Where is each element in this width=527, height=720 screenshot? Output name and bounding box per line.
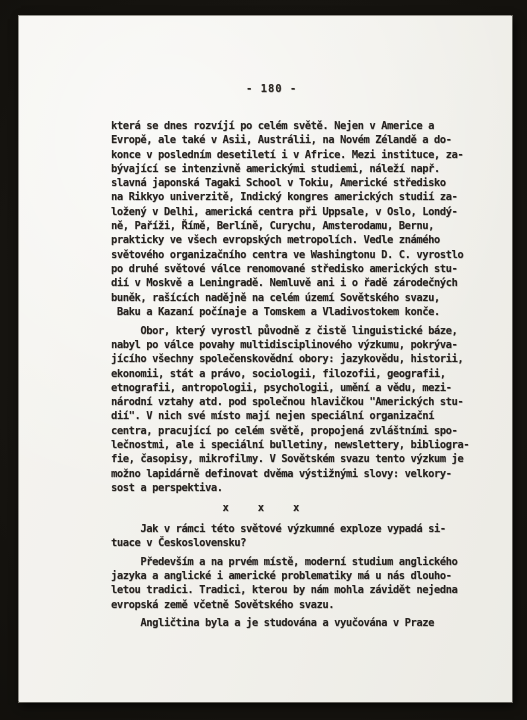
text-line: která se dnes rozvíjí po celém světě. Ne…	[111, 119, 483, 133]
section-divider: x x x	[111, 501, 483, 515]
paragraph: Obor, který vyrostl původně z čistě ling…	[111, 324, 483, 496]
text-line: Evropě, ale také v Asii, Austrálii, na N…	[111, 133, 483, 147]
paragraph: Angličtina byla a je studována a vyučová…	[111, 616, 483, 630]
text-line: Baku a Kazaní počínaje a Tomskem a Vladi…	[111, 305, 483, 319]
text-line: Angličtina byla a je studována a vyučová…	[111, 616, 483, 630]
text-line: buněk, rašících nadějně na celém území S…	[111, 291, 483, 305]
scan-background: { "page": { "number": "- 180 -", "blocks…	[0, 0, 527, 720]
text-line: evropská země včetně Sovětského svazu.	[111, 598, 483, 612]
text-line: na Rikkyo univerzitě, Indický kongres am…	[111, 190, 483, 204]
text-line: dií". V nich své místo mají nejen speciá…	[111, 409, 483, 423]
text-line: prakticky ve všech evropských metropolíc…	[111, 233, 483, 247]
text-line: fie, časopisy, mikrofilmy. V Sovětském s…	[111, 452, 483, 466]
text-line: národní vztahy atd. pod společnou hlavič…	[111, 395, 483, 409]
text-line: světového organizačního centra ve Washin…	[111, 248, 483, 262]
paragraph: Jak v rámci této světové výzkumné exploz…	[111, 522, 483, 551]
paragraph: která se dnes rozvíjí po celém světě. Ne…	[111, 119, 483, 319]
text-line: slavná japonská Tagaki School v Tokiu, A…	[111, 176, 483, 190]
text-line: ložený v Delhi, americká centra při Upps…	[111, 205, 483, 219]
text-line: letou tradici. Tradici, kterou by nám mo…	[111, 583, 483, 597]
text-line: jícího všechny společenskovědní obory: j…	[111, 352, 483, 366]
text-line: dií v Moskvě a Leningradě. Nemluvě ani i…	[111, 276, 483, 290]
text-line: ně, Paříži, Římě, Berlíně, Curychu, Amst…	[111, 219, 483, 233]
page-text: která se dnes rozvíjí po celém světě. Ne…	[111, 119, 483, 635]
text-line: bývající se intenzivně americkými studie…	[111, 162, 483, 176]
paragraph: Především a na prvém místě, moderní stud…	[111, 555, 483, 612]
text-line: sost a perspektiva.	[111, 481, 483, 495]
text-line: centra, pracující po celém světě, propoj…	[111, 424, 483, 438]
text-line: Především a na prvém místě, moderní stud…	[111, 555, 483, 569]
text-line: etnografii, antropologii, psychologii, u…	[111, 381, 483, 395]
text-line: Obor, který vyrostl původně z čistě ling…	[111, 324, 483, 338]
text-line: nabyl po válce povahy multidisciplinovéh…	[111, 338, 483, 352]
text-line: tuace v Československu?	[111, 536, 483, 550]
text-line: možno lapidárně definovat dvěma výstižný…	[111, 467, 483, 481]
text-line: x x x	[111, 501, 483, 515]
text-line: konce v posledním desetiletí i v Africe.…	[111, 148, 483, 162]
text-line: Jak v rámci této světové výzkumné exploz…	[111, 522, 483, 536]
document-page: - 180 - která se dnes rozvíjí po celém s…	[19, 16, 512, 702]
text-line: ekonomii, stát a právo, sociologii, filo…	[111, 367, 483, 381]
page-number: - 180 -	[246, 82, 297, 96]
text-line: jazyka a anglické i americké problematik…	[111, 569, 483, 583]
text-line: lečnostmi, ale i speciální bulletiny, ne…	[111, 438, 483, 452]
text-line: po druhé světové válce renomované středi…	[111, 262, 483, 276]
